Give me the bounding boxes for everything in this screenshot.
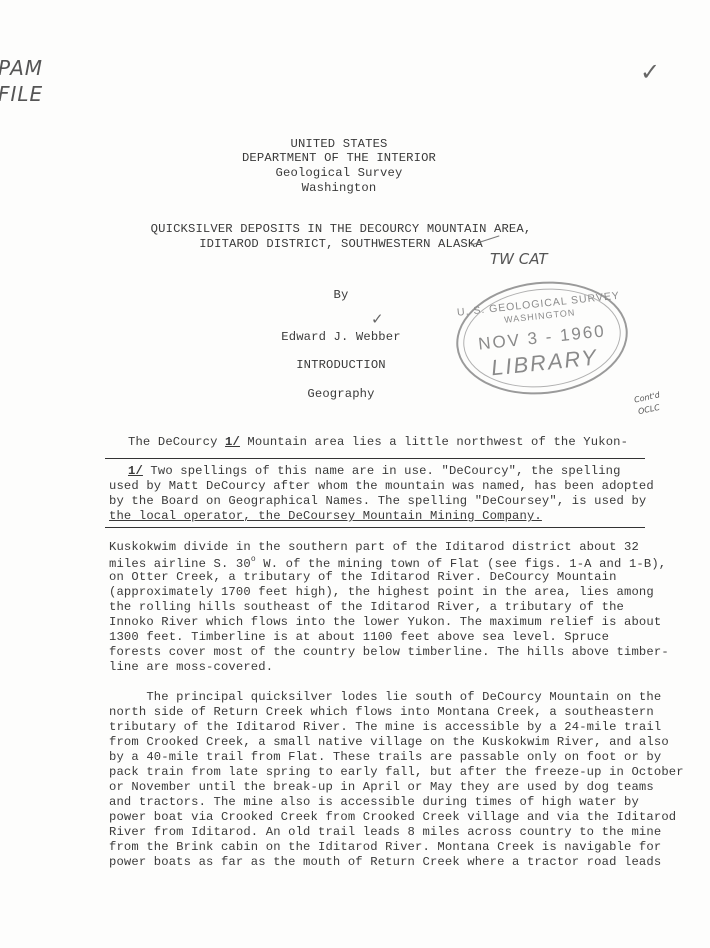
margin-note-pam: PAM bbox=[0, 56, 43, 80]
opening-text-before: The DeCourcy bbox=[128, 435, 225, 449]
para1-line: 1300 feet. Timberline is at about 1100 f… bbox=[109, 630, 609, 644]
para2-line: power boats as far as the mouth of Retur… bbox=[109, 855, 661, 869]
para2-line: from Crooked Creek, a small native villa… bbox=[109, 735, 669, 749]
header-line-3: Geological Survey bbox=[0, 166, 694, 180]
side-note-oclc: OCLC bbox=[637, 403, 660, 416]
author-name: Edward J. Webber bbox=[0, 330, 696, 344]
para2-line: power boat via Crooked Creek from Crooke… bbox=[109, 810, 676, 824]
section-heading: INTRODUCTION bbox=[0, 358, 696, 372]
section-subheading: Geography bbox=[0, 387, 696, 401]
para1-line: line are moss-covered. bbox=[109, 660, 273, 674]
opening-text-after: Mountain area lies a little northwest of… bbox=[240, 435, 628, 449]
document-page: PAM FILE ✓ UNITED STATES DEPARTMENT OF T… bbox=[0, 0, 710, 948]
margin-note-file: FILE bbox=[0, 82, 43, 106]
byline-by: By bbox=[0, 288, 696, 302]
para2-line: The principal quicksilver lodes lie sout… bbox=[109, 690, 661, 704]
footnote-line-3: by the Board on Geographical Names. The … bbox=[109, 494, 646, 508]
para1-line: the rolling hills southeast of the Idita… bbox=[109, 600, 624, 614]
para2-line: by a 40-mile trail from Flat. These trai… bbox=[109, 750, 661, 764]
para1-line: Innoko River which flows into the lower … bbox=[109, 615, 661, 629]
opening-line: The DeCourcy 1/ Mountain area lies a lit… bbox=[128, 435, 628, 449]
para2-line: River from Iditarod. An old trail leads … bbox=[109, 825, 661, 839]
para2-line: north side of Return Creek which flows i… bbox=[109, 705, 654, 719]
title-line-1: QUICKSILVER DEPOSITS IN THE DECOURCY MOU… bbox=[0, 222, 696, 236]
checkmark-icon: ✓ bbox=[640, 58, 660, 86]
para2-line: from the Brink cabin on the Iditarod Riv… bbox=[109, 840, 661, 854]
header-line-2: DEPARTMENT OF THE INTERIOR bbox=[0, 151, 694, 165]
title-line-2: IDITAROD DISTRICT, SOUTHWESTERN ALASKA bbox=[0, 237, 696, 251]
para2-line: pack train from late spring to early fal… bbox=[109, 765, 684, 779]
para1-line: forests cover most of the country below … bbox=[109, 645, 669, 659]
para1-line: Kuskokwim divide in the southern part of… bbox=[109, 540, 639, 554]
footnote-text: Two spellings of this name are in use. "… bbox=[143, 464, 621, 478]
para1-line: (approximately 1700 feet high), the high… bbox=[109, 585, 654, 599]
para1-text: W. of the mining town of Flat (see figs.… bbox=[256, 557, 667, 571]
para2-line: tributary of the Iditarod River. The min… bbox=[109, 720, 661, 734]
para1-text: miles airline S. 30 bbox=[109, 557, 251, 571]
footnote-line-1: 1/ Two spellings of this name are in use… bbox=[128, 464, 621, 478]
handwritten-twcat: TW CAT bbox=[490, 250, 548, 268]
para1-line: miles airline S. 30o W. of the mining to… bbox=[109, 555, 666, 571]
footnote-marker: 1/ bbox=[128, 464, 143, 478]
footnote-rule-bottom bbox=[105, 527, 645, 528]
para1-line: on Otter Creek, a tributary of the Idita… bbox=[109, 570, 617, 584]
para2-line: or November until the break-up in April … bbox=[109, 780, 654, 794]
checkmark-icon: ✓ bbox=[371, 310, 384, 328]
footnote-rule-top bbox=[105, 458, 645, 459]
header-line-1: UNITED STATES bbox=[0, 137, 694, 151]
footnote-line-4: the local operator, the DeCoursey Mounta… bbox=[109, 509, 542, 523]
footnote-reference: 1/ bbox=[225, 435, 240, 449]
footnote-line-2: used by Matt DeCourcy after whom the mou… bbox=[109, 479, 654, 493]
para2-line: and tractors. The mine also is accessibl… bbox=[109, 795, 639, 809]
header-line-4: Washington bbox=[0, 181, 694, 195]
